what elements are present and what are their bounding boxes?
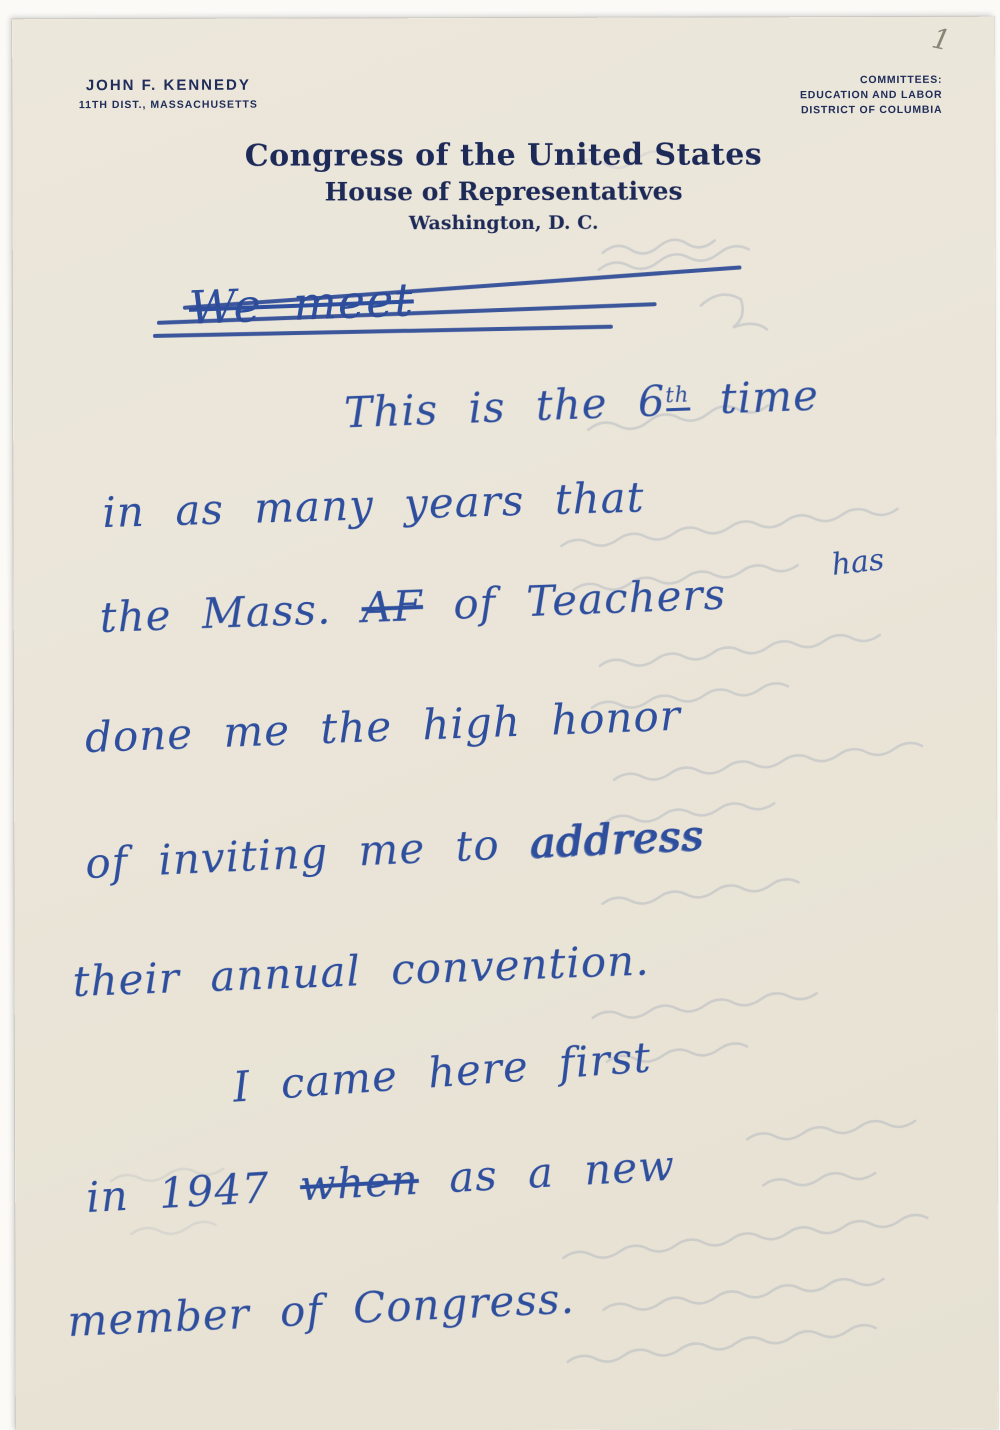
handwritten-text: in as many years that (102, 472, 645, 537)
handwritten-text: 6 (637, 376, 667, 426)
page-number: 1 (929, 21, 953, 57)
manuscript-line: This is the 6th time (343, 371, 819, 438)
scan-background: 1 JOHN F. KENNEDY 11TH DIST., MASSACHUSE… (0, 0, 1000, 1430)
handwritten-text: of Teachers (422, 570, 727, 630)
committees-heading: COMMITTEES: (682, 73, 942, 89)
handwritten-text: member of Congress. (66, 1274, 575, 1346)
ordinal-superscript: th (665, 383, 690, 412)
letterhead-city-line: Washington, D. C. (13, 211, 995, 236)
committee-district-columbia: DISTRICT OF COLUMBIA (682, 103, 942, 119)
letterhead-left: JOHN F. KENNEDY 11TH DIST., MASSACHUSETT… (58, 77, 278, 112)
letterhead-district: 11TH DIST., MASSACHUSETTS (58, 99, 278, 112)
manuscript-line: in 1947 when as a new (85, 1141, 676, 1222)
manuscript-line: their annual convention. (72, 935, 651, 1006)
handwritten-text: time (689, 371, 820, 425)
letterhead-house-line: House of Representatives (13, 176, 995, 208)
committee-education-labor: EDUCATION AND LABOR (682, 88, 942, 104)
letterhead-committees: COMMITTEES: EDUCATION AND LABOR DISTRICT… (682, 73, 942, 119)
manuscript-line: member of Congress. (66, 1274, 575, 1346)
handwritten-text: the Mass. (99, 583, 363, 642)
letter-paper: 1 JOHN F. KENNEDY 11TH DIST., MASSACHUSE… (12, 17, 998, 1430)
handwritten-text: their annual convention. (72, 935, 651, 1006)
handwritten-text: This is the (343, 377, 639, 437)
handwritten-text: in 1947 (85, 1161, 301, 1222)
inserted-word-above-line: has (830, 542, 886, 582)
struck-text: AF (361, 581, 424, 632)
manuscript-line: I came here first (231, 1032, 653, 1111)
letterhead-congress-line: Congress of the United States (12, 137, 994, 175)
handwritten-text: I came here first (231, 1032, 653, 1111)
manuscript-line: the Mass. AF of Teachers (99, 570, 727, 642)
overwritten-word: address (529, 811, 705, 868)
handwritten-text: of inviting me to (84, 819, 531, 889)
letterhead-member-name: JOHN F. KENNEDY (58, 77, 278, 95)
letterhead-title: Congress of the United States House of R… (12, 137, 994, 236)
manuscript-line: done me the high honor (84, 691, 682, 762)
handwritten-text: done me the high honor (84, 691, 682, 762)
handwritten-text: as a new (417, 1141, 676, 1204)
manuscript-line: in as many years that (102, 472, 645, 537)
struck-text: when (299, 1155, 420, 1210)
manuscript-line: of inviting me to address (84, 811, 704, 889)
